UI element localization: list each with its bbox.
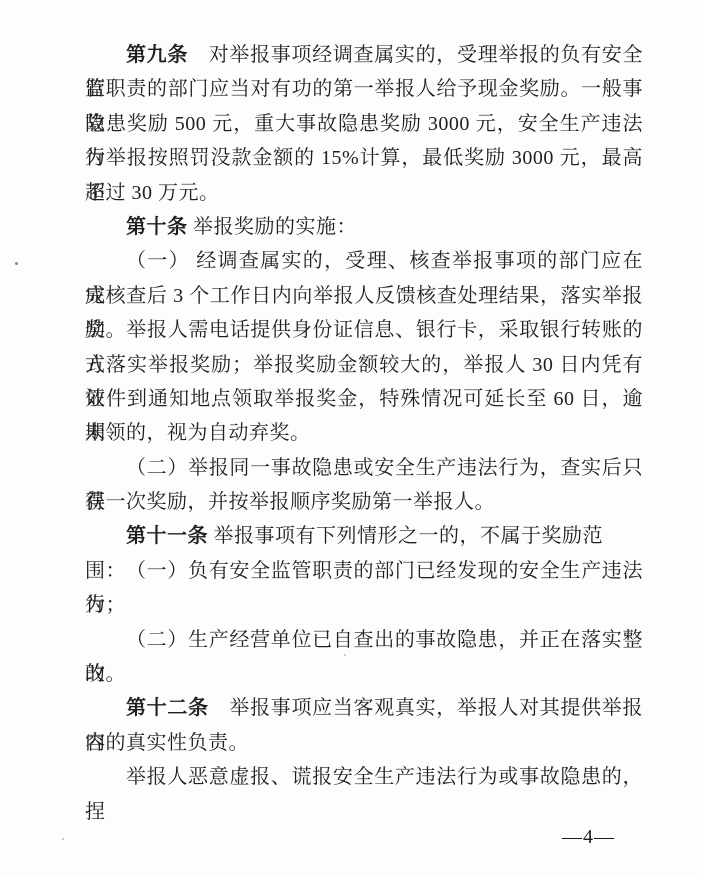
text-line: 未领的，视为自动弃奖。 xyxy=(85,416,643,450)
text-line: 成核查后 3 个工作日内向举报人反馈核查处理结果，落实举报奖 xyxy=(85,279,643,313)
text-line: 容的真实性负责。 xyxy=(85,726,643,760)
text-line: （一）负有安全监管职责的部门已经发现的安全生产违法行 xyxy=(85,554,643,588)
text-line: 式落实举报奖励；举报奖励金额较大的，举报人 30 日内凭有效 xyxy=(85,348,643,382)
text-line: 为； xyxy=(85,588,643,622)
text-line: 第十一条 举报事项有下列情形之一的，不属于奖励范围： xyxy=(85,519,643,553)
page-number: —4— xyxy=(562,826,615,849)
document-page: 第九条 对举报事项经调查属实的，受理举报的负有安全监管职责的部门应当对有功的第一… xyxy=(0,0,703,876)
article-number: 第九条 xyxy=(126,44,188,66)
article-number: 第十二条 xyxy=(126,697,209,719)
scan-speck xyxy=(344,654,346,656)
text-line: （二）生产经营单位已自查出的事故隐患，并正在落实整改 xyxy=(85,623,643,657)
text-line: 管职责的部门应当对有功的第一举报人给予现金奖励。一般事故 xyxy=(85,72,643,106)
text-line: （二）举报同一事故隐患或安全生产违法行为，查实后只获 xyxy=(85,451,643,485)
text-line: 的。 xyxy=(85,657,643,691)
text-line: 举报人恶意虚报、谎报安全生产违法行为或事故隐患的，捏 xyxy=(85,760,643,794)
text-line: 励。举报人需电话提供身份证信息、银行卡，采取银行转账的方 xyxy=(85,313,643,347)
text-line: 第十条 举报奖励的实施： xyxy=(85,210,643,244)
text-line: （一） 经调查属实的，受理、核查举报事项的部门应在完 xyxy=(85,244,643,278)
text-line: 超过 30 万元。 xyxy=(85,176,643,210)
scan-speck xyxy=(62,838,64,840)
scan-speck xyxy=(15,262,18,265)
text-line: 为举报按照罚没款金额的 15%计算，最低奖励 3000 元，最高不 xyxy=(85,141,643,175)
article-number: 第十一条 xyxy=(126,525,208,547)
text-line: 得一次奖励，并按举报顺序奖励第一举报人。 xyxy=(85,485,643,519)
text-line: 证件到通知地点领取举报奖金，特殊情况可延长至 60 日，逾期 xyxy=(85,382,643,416)
page-text: 第九条 对举报事项经调查属实的，受理举报的负有安全监管职责的部门应当对有功的第一… xyxy=(85,38,643,795)
article-number: 第十条 xyxy=(126,216,188,238)
text-line: 隐患奖励 500 元，重大事故隐患奖励 3000 元，安全生产违法行 xyxy=(85,107,643,141)
text-line: 第十二条 举报事项应当客观真实，举报人对其提供举报内 xyxy=(85,691,643,725)
text-line: 第九条 对举报事项经调查属实的，受理举报的负有安全监 xyxy=(85,38,643,72)
